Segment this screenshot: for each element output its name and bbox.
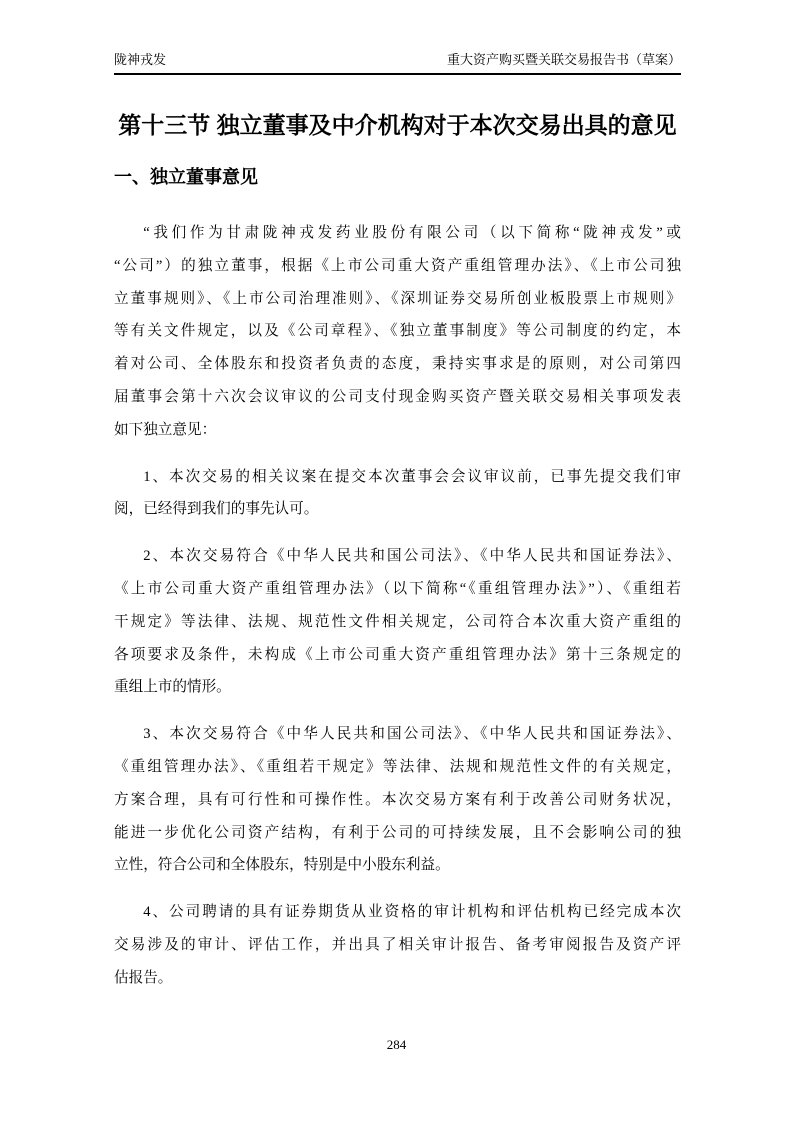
text-line: 3、本次交易符合《中华人民共和国公司法》、《中华人民共和国证券法》、 (114, 718, 681, 751)
text-line: 如下独立意见： (114, 414, 681, 447)
chapter-title: 第十三节 独立董事及中介机构对于本次交易出具的意见 (114, 108, 681, 142)
text-line: 《上市公司重大资产重组管理办法》（以下简称“《重组管理办法》”）、《重组若 (114, 573, 681, 606)
text-line: “我们作为甘肃陇神戎发药业股份有限公司（以下简称“陇神戎发”或 (114, 217, 681, 250)
text-line: 立性，符合公司和全体股东，特别是中小股东利益。 (114, 849, 681, 882)
text-line: “公司”）的独立董事，根据《上市公司重大资产重组管理办法》、《上市公司独 (114, 250, 681, 283)
text-line: 等有关文件规定，以及《公司章程》、《独立董事制度》等公司制度的约定，本 (114, 315, 681, 348)
text-line: 阅，已经得到我们的事先认可。 (114, 493, 681, 526)
text-line: 4、公司聘请的具有证券期货从业资格的审计机构和评估机构已经完成本次 (114, 896, 681, 929)
header-right-text: 重大资产购买暨关联交易报告书（草案） (447, 52, 681, 68)
text-line: 方案合理，具有可行性和可操作性。本次交易方案有利于改善公司财务状况， (114, 784, 681, 817)
document-page: 陇神戎发 重大资产购买暨关联交易报告书（草案） 第十三节 独立董事及中介机构对于… (0, 0, 793, 1122)
text-line: 能进一步优化公司资产结构，有利于公司的可持续发展，且不会影响公司的独 (114, 817, 681, 850)
paragraph: 3、本次交易符合《中华人民共和国公司法》、《中华人民共和国证券法》、《重组管理办… (114, 718, 681, 882)
text-line: 2、本次交易符合《中华人民共和国公司法》、《中华人民共和国证券法》、 (114, 540, 681, 573)
text-line: 估报告。 (114, 962, 681, 995)
text-line: 《重组管理办法》、《重组若干规定》等法律、法规和规范性文件的有关规定， (114, 751, 681, 784)
page-number: 284 (387, 1037, 407, 1052)
text-line: 届董事会第十六次会议审议的公司支付现金购买资产暨关联交易相关事项发表 (114, 381, 681, 414)
paragraph: 4、公司聘请的具有证券期货从业资格的审计机构和评估机构已经完成本次交易涉及的审计… (114, 896, 681, 994)
page-footer: 284 (0, 1036, 793, 1054)
body-paragraphs: “我们作为甘肃陇神戎发药业股份有限公司（以下简称“陇神戎发”或“公司”）的独立董… (114, 217, 681, 1009)
text-line: 重组上市的情形。 (114, 671, 681, 704)
paragraph: “我们作为甘肃陇神戎发药业股份有限公司（以下简称“陇神戎发”或“公司”）的独立董… (114, 217, 681, 447)
paragraph: 2、本次交易符合《中华人民共和国公司法》、《中华人民共和国证券法》、《上市公司重… (114, 540, 681, 704)
text-line: 1、本次交易的相关议案在提交本次董事会会议审议前，已事先提交我们审 (114, 461, 681, 494)
text-line: 干规定》等法律、法规、规范性文件相关规定，公司符合本次重大资产重组的 (114, 606, 681, 639)
header-left-text: 陇神戎发 (114, 52, 166, 68)
text-line: 各项要求及条件，未构成《上市公司重大资产重组管理办法》第十三条规定的 (114, 639, 681, 672)
text-line: 交易涉及的审计、评估工作，并出具了相关审计报告、备考审阅报告及资产评 (114, 929, 681, 962)
section-heading: 一、独立董事意见 (114, 164, 681, 190)
page-header: 陇神戎发 重大资产购买暨关联交易报告书（草案） (114, 52, 681, 75)
paragraph: 1、本次交易的相关议案在提交本次董事会会议审议前，已事先提交我们审阅，已经得到我… (114, 461, 681, 527)
text-line: 着对公司、全体股东和投资者负责的态度，秉持实事求是的原则，对公司第四 (114, 348, 681, 381)
text-line: 立董事规则》、《上市公司治理准则》、《深圳证券交易所创业板股票上市规则》 (114, 283, 681, 316)
